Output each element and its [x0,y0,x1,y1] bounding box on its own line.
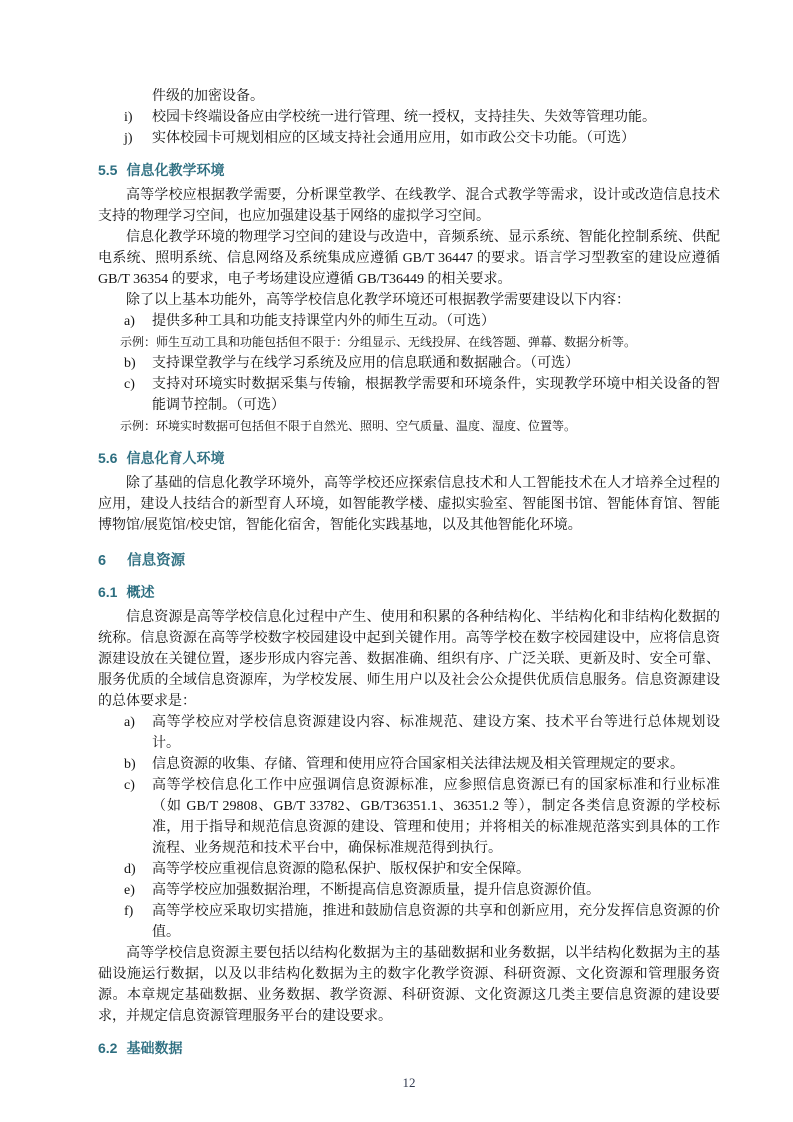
list-item-marker: b) [124,754,136,775]
list-item-text: 高等学校应重视信息资源的隐私保护、版权保护和安全保障。 [152,862,530,877]
paragraph: 信息化教学环境的物理学习空间的建设与改造中，音频系统、显示系统、智能化控制系统、… [98,227,720,290]
list-item: i) 校园卡终端设备应由学校统一进行管理、统一授权，支持挂失、失效等管理功能。 [98,107,720,128]
page-number: 12 [98,1072,720,1093]
section-number: 5.5 [98,162,117,178]
list-item-text: 高等学校信息化工作中应强调信息资源标准，应参照信息资源已有的国家标准和行业标准（… [152,778,720,856]
list-item-continuation: 件级的加密设备。 [98,86,720,107]
list-item-marker: a) [124,311,135,332]
list-item-text: 高等学校应加强数据治理，不断提高信息资源质量，提升信息资源价值。 [152,883,600,898]
list-item-text: 校园卡终端设备应由学校统一进行管理、统一授权，支持挂失、失效等管理功能。 [152,110,656,125]
list-item-text: 提供多种工具和功能支持课堂内外的师生互动。（可选） [152,314,495,329]
list-item-marker: e) [124,880,135,901]
page-content: 件级的加密设备。 i) 校园卡终端设备应由学校统一进行管理、统一授权，支持挂失、… [98,86,720,1093]
paragraph: 除了基础的信息化教学环境外，高等学校还应探索信息技术和人工智能技术在人才培养全过… [98,473,720,536]
section-heading-5-6: 5.6信息化育人环境 [98,448,720,468]
list-item: f) 高等学校应采取切实措施，推进和鼓励信息资源的共享和创新应用，充分发挥信息资… [98,901,720,943]
list-item: b) 信息资源的收集、存储、管理和使用应符合国家相关法律法规及相关管理规定的要求… [98,754,720,775]
list-item-text: 支持对环境实时数据采集与传输，根据教学需要和环境条件，实现教学环境中相关设备的智… [152,377,720,413]
list-item-text: 高等学校应采取切实措施，推进和鼓励信息资源的共享和创新应用，充分发挥信息资源的价… [152,904,720,940]
list-item: d) 高等学校应重视信息资源的隐私保护、版权保护和安全保障。 [98,859,720,880]
section-heading-6-1: 6.1概述 [98,582,720,602]
list-item-marker: b) [124,353,136,374]
section-heading-6-2: 6.2基础数据 [98,1038,720,1058]
section-number: 6.1 [98,584,117,600]
section-title: 信息化育人环境 [126,450,224,466]
section-number: 5.6 [98,450,117,466]
list-item-marker: c) [124,374,135,395]
chapter-heading-6: 6信息资源 [98,551,720,571]
section-heading-5-5: 5.5信息化教学环境 [98,160,720,180]
section-title: 概述 [126,584,154,600]
list-item: e) 高等学校应加强数据治理，不断提高信息资源质量，提升信息资源价值。 [98,880,720,901]
chapter-title: 信息资源 [127,553,185,569]
list-item: c) 高等学校信息化工作中应强调信息资源标准，应参照信息资源已有的国家标准和行业… [98,775,720,859]
paragraph: 高等学校信息资源主要包括以结构化数据为主的基础数据和业务数据，以半结构化数据为主… [98,943,720,1027]
paragraph: 高等学校应根据教学需要，分析课堂教学、在线教学、混合式教学等需求，设计或改造信息… [98,185,720,227]
chapter-number: 6 [98,553,106,569]
example-note: 示例：师生互动工具和功能包括但不限于：分组显示、无线投屏、在线答题、弹幕、数据分… [120,332,720,353]
paragraph: 除了以上基本功能外，高等学校信息化教学环境还可根据教学需要建设以下内容： [98,290,720,311]
document-page: 件级的加密设备。 i) 校园卡终端设备应由学校统一进行管理、统一授权，支持挂失、… [0,0,793,1122]
list-item-marker: c) [124,775,135,796]
list-item-marker: i) [124,107,133,128]
list-item-marker: j) [124,128,133,149]
section-number: 6.2 [98,1040,117,1056]
list-item: a) 提供多种工具和功能支持课堂内外的师生互动。（可选） [98,311,720,332]
list-item-text: 实体校园卡可规划相应的区域支持社会通用应用，如市政公交卡功能。（可选） [152,131,635,146]
list-item: j) 实体校园卡可规划相应的区域支持社会通用应用，如市政公交卡功能。（可选） [98,128,720,149]
section-title: 信息化教学环境 [126,162,224,178]
list-item-text: 支持课堂教学与在线学习系统及应用的信息联通和数据融合。（可选） [152,356,579,371]
example-note: 示例：环境实时数据可包括但不限于自然光、照明、空气质量、温度、湿度、位置等。 [120,416,720,437]
list-item-marker: d) [124,859,136,880]
list-item: b) 支持课堂教学与在线学习系统及应用的信息联通和数据融合。（可选） [98,353,720,374]
section-title: 基础数据 [126,1040,182,1056]
list-item-marker: a) [124,712,135,733]
list-item-text: 信息资源的收集、存储、管理和使用应符合国家相关法律法规及相关管理规定的要求。 [152,757,684,772]
paragraph: 信息资源是高等学校信息化过程中产生、使用和积累的各种结构化、半结构化和非结构化数… [98,607,720,712]
list-item: a) 高等学校应对学校信息资源建设内容、标准规范、建设方案、技术平台等进行总体规… [98,712,720,754]
list-item-marker: f) [124,901,133,922]
list-item: c) 支持对环境实时数据采集与传输，根据教学需要和环境条件，实现教学环境中相关设… [98,374,720,416]
list-item-text: 高等学校应对学校信息资源建设内容、标准规范、建设方案、技术平台等进行总体规划设计… [152,715,720,751]
